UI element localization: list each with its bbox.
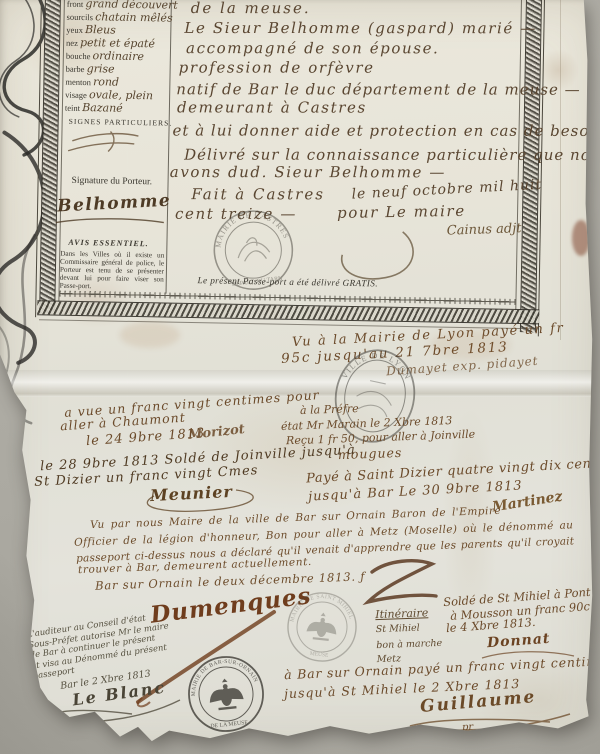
signes-particuliers-label: SIGNES PARTICULIERS. [69,117,173,128]
body-line-10: Fait à Castres [191,185,325,203]
descriptor-list: front grand découvert sourcils chatain m… [65,0,171,116]
descriptor-label: nez [66,38,78,48]
descriptor-label: sourcils [66,12,93,22]
signature-du-porteur-label: Signature du Porteur. [71,176,152,187]
descriptor-label: visage [65,90,87,100]
avis-essentiel-text: Dans les Villes où il existe un Commissa… [60,250,165,292]
bar-sur-ornain-stamp: MAIRIE DE BAR-SUR-ORNAIN DE LA MEUSE [182,650,270,738]
avis-essentiel-title: AVIS ESSENTIEL. [68,238,148,248]
printed-form: front grand découvert sourcils chatain m… [0,0,600,350]
descriptor-label: front [67,0,84,9]
passport-paper: front grand découvert sourcils chatain m… [0,0,600,754]
descriptor-value: rond [93,75,119,88]
body-line-2: Le Sieur Belhomme (gaspard) marié — [184,19,536,37]
st-mihiel-stamp: MAIRIE DE SAINT MIHIEL MEUSE [281,586,362,667]
st-mihiel-stamp-bottom-text: MEUSE [309,651,329,659]
wax-stain [572,220,590,256]
body-line-4: profession de orfèvre [179,58,375,76]
itineraire-line-1: St Mihiel [376,622,442,635]
guillaume-paraphe: pr [462,722,474,734]
body-line-1: de la meuse. [191,0,311,17]
itineraire-note: Itinéraire St Mihiel bon à marche Metz [375,606,443,665]
descriptor-label: bouche [66,51,91,61]
porteur-signature-swash [54,215,166,229]
descriptor-row: teint Bazané [65,101,123,115]
descriptor-row: menton rond [65,75,119,89]
itineraire-line-2: bon à marche [376,638,442,651]
itineraire-title: Itinéraire [375,606,441,621]
descriptor-value: ordinaire [92,49,144,63]
body-line-13: pour Le maire [337,202,466,222]
bar-eagle-icon [207,677,244,711]
descriptor-label: teint [65,103,80,113]
st-mihiel-eagle-icon [306,611,339,642]
body-line-8: Délivré sur la connaissance particulière… [184,146,600,164]
right-margin-fold [560,0,561,340]
le-blanc-swash [40,694,190,730]
foxing-stain [430,330,510,360]
body-line-5: natif de Bar le duc département de la me… [176,80,580,98]
descriptor-label: yeux [66,25,83,35]
body-line-7: et à lui donner aide et protection en ca… [173,121,600,139]
signes-flourish [64,127,143,158]
prefecture-line-1: à la Préfre [300,402,359,417]
chaumont-signature: Morizot [187,422,245,443]
descriptor-label: barbe [66,64,85,74]
adjoint-signature: Cainus adjt [447,221,522,239]
body-line-6: demeurant à Castres [177,98,367,116]
porteur-signature: Belhomme [57,191,172,217]
descriptor-value: Bazané [82,101,123,115]
photo-of-passport-document: front grand découvert sourcils chatain m… [0,0,600,754]
z-flourish [358,554,442,614]
descriptor-row: barbe grise [66,62,115,76]
descriptor-row: yeux Bleus [66,23,116,37]
descriptor-label: menton [65,77,91,87]
bar-stamp-bottom-text: DE LA MEUSE [210,720,249,730]
meunier-swash [128,482,268,516]
foxing-stain [120,322,180,348]
descriptor-value: ovale, plein [89,88,153,102]
body-line-3: accompagné de son épouse. [186,39,439,57]
descriptor-value: Bleus [85,23,116,37]
descriptor-value: grise [87,62,115,76]
body-line-9: avons dud. Sieur Belhomme — [170,163,446,181]
guillaume-swash [400,708,580,738]
